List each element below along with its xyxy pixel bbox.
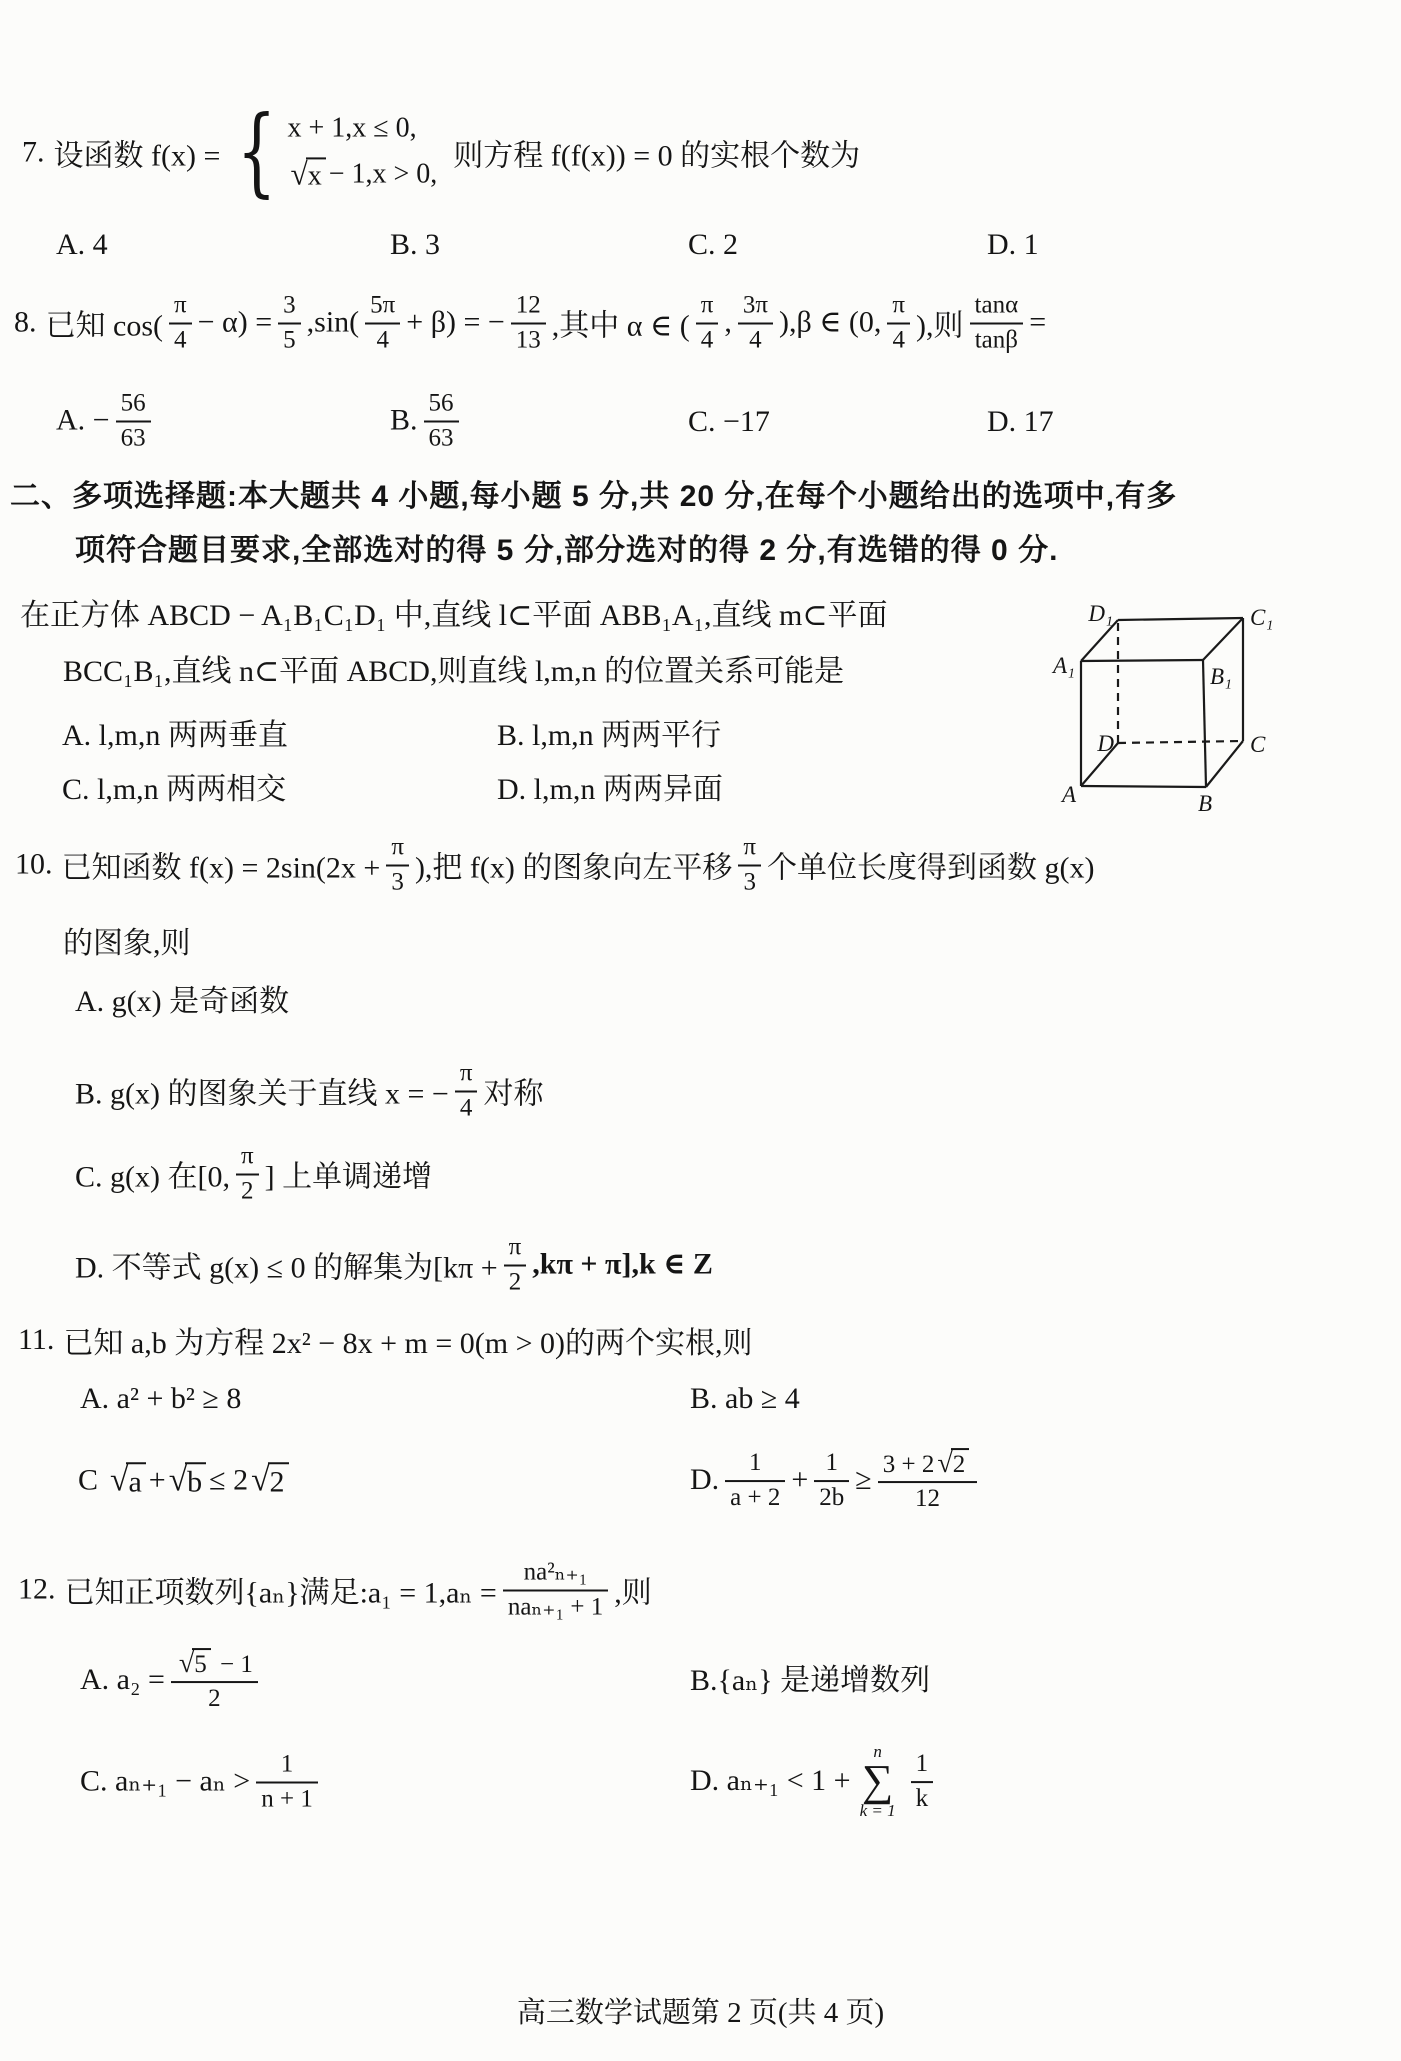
page-footer: 高三数学试题第 2 页(共 4 页) bbox=[0, 1990, 1401, 2031]
q8-option-a-label: A. − bbox=[56, 403, 110, 437]
fraction-56-63: 5663 bbox=[424, 389, 459, 452]
q11-option-d: D. 1a + 2 + 12b ≥ 3 + 2√2 12 bbox=[690, 1447, 983, 1513]
sqrt-a: √a bbox=[110, 1462, 146, 1498]
q7-option-a: A. 4 bbox=[56, 228, 108, 263]
fraction-5pi-4: 5π4 bbox=[365, 291, 400, 354]
cube-vertex-label-d1: D₁ bbox=[1087, 601, 1113, 626]
summation: n ∑ k = 1 bbox=[860, 1743, 896, 1819]
fraction-1-2b: 12b bbox=[814, 1448, 849, 1511]
cube-vertex-label-d: D bbox=[1096, 731, 1114, 756]
cube-figure: D₁ C₁ A₁ B₁ D C A B bbox=[1040, 585, 1300, 830]
q8-text-6: , bbox=[724, 305, 732, 339]
fraction-pi-3: π3 bbox=[386, 833, 409, 896]
q9-option-a: A. l,m,n 两两垂直 bbox=[62, 719, 288, 754]
q8-number: 8. bbox=[14, 305, 37, 339]
cube-edge-bb1 bbox=[1203, 660, 1206, 787]
q11-option-c-plus: + bbox=[149, 1463, 166, 1497]
fraction-3-5: 35 bbox=[278, 291, 301, 354]
fraction-12-13: 1213 bbox=[511, 291, 546, 354]
q10-option-c-text-1: C. g(x) 在[0, bbox=[75, 1151, 230, 1195]
question-9-line-2: BCC₁B₁,直线 n⊂平面 ABCD,则直线 l,m,n 的位置关系可能是 bbox=[63, 655, 844, 690]
q7-option-c: C. 2 bbox=[688, 228, 738, 263]
cube-edge-ab bbox=[1081, 786, 1206, 787]
fraction-1-k: 1k bbox=[911, 1749, 934, 1812]
q10-option-b-text-2: 对称 bbox=[483, 1068, 543, 1112]
q12-option-a: A. a₂ = √5 − 1 2 bbox=[80, 1647, 264, 1713]
sqrt-expression: √x bbox=[290, 158, 325, 191]
q12-option-d: D. aₙ₊₁ < 1 + n ∑ k = 1 1k bbox=[690, 1743, 939, 1819]
q11-line-1: 已知 a,b 为方程 2x² − 8x + m = 0(m > 0)的两个实根,… bbox=[63, 1318, 752, 1362]
q10-line-2: 的图象,则 bbox=[63, 927, 191, 962]
q8-option-b-label: B. bbox=[390, 403, 418, 437]
fraction-recurrence: na²ₙ₊₁naₙ₊₁ + 1 bbox=[503, 1558, 608, 1621]
sqrt-b: √b bbox=[169, 1462, 206, 1498]
fraction-1-a2: 1a + 2 bbox=[725, 1448, 785, 1511]
q10-option-b: B. g(x) 的图象关于直线 x = − π4 对称 bbox=[75, 1059, 543, 1122]
sigma-icon: ∑ bbox=[862, 1760, 893, 1802]
radicand: x bbox=[306, 158, 326, 191]
cube-vertex-label-b: B bbox=[1198, 791, 1212, 816]
q11-option-b: B. ab ≥ 4 bbox=[690, 1382, 800, 1417]
q10-option-d: D. 不等式 g(x) ≤ 0 的解集为[kπ + π2 ,kπ + π],k … bbox=[75, 1233, 713, 1296]
sqrt-2: √2 bbox=[251, 1462, 288, 1498]
q7-number: 7. bbox=[22, 135, 45, 169]
q11-option-d-geq: ≥ bbox=[855, 1463, 871, 1497]
q7-case-1: x + 1,x ≤ 0, bbox=[287, 113, 437, 145]
fraction-3pi-4: 3π4 bbox=[738, 291, 773, 354]
q9-option-b: B. l,m,n 两两平行 bbox=[497, 719, 721, 754]
cube-edge-c1d1 bbox=[1118, 618, 1243, 620]
left-brace: { bbox=[237, 106, 277, 197]
q7-piecewise-cases: x + 1,x ≤ 0, √x − 1,x > 0, bbox=[287, 113, 437, 191]
question-12-stem: 12. 已知正项数列{aₙ}满足:a₁ = 1,aₙ = na²ₙ₊₁naₙ₊₁… bbox=[18, 1558, 652, 1621]
q11-option-d-plus: + bbox=[791, 1463, 808, 1497]
fraction-56-63: 5663 bbox=[116, 389, 151, 452]
q11-option-c: C √a + √b ≤ 2 √2 bbox=[78, 1462, 292, 1498]
q8-text-5: ,其中 α ∈ ( bbox=[552, 300, 690, 344]
q7-option-d: D. 1 bbox=[987, 228, 1039, 263]
question-8-stem: 8. 已知 cos( π4 − α) = 35 ,sin( 5π4 + β) =… bbox=[14, 291, 1046, 354]
q12-text-2: ,则 bbox=[614, 1567, 652, 1611]
question-11-stem: 11. 已知 a,b 为方程 2x² − 8x + m = 0(m > 0)的两… bbox=[18, 1318, 753, 1362]
q10-option-b-text-1: B. g(x) 的图象关于直线 x = − bbox=[75, 1068, 449, 1112]
q10-option-a: A. g(x) 是奇函数 bbox=[75, 985, 289, 1020]
q8-text-2: − α) = bbox=[198, 305, 273, 339]
q8-option-b: B. 5663 bbox=[390, 389, 465, 452]
q7-case-2-rest: − 1,x > 0, bbox=[329, 158, 438, 190]
sqrt-2: √2 bbox=[937, 1448, 969, 1478]
cube-edge-dc-hidden bbox=[1118, 741, 1243, 743]
cube-vertex-label-a1: A₁ bbox=[1051, 653, 1075, 678]
q10-text-2: ),把 f(x) 的图象向左平移 bbox=[415, 842, 732, 886]
section-2-header-line-1: 二、多项选择题:本大题共 4 小题,每小题 5 分,共 20 分,在每个小题给出… bbox=[10, 480, 1177, 515]
q8-text-1: 已知 cos( bbox=[46, 300, 163, 344]
fraction-pi-4: π4 bbox=[696, 291, 719, 354]
question-9-line-1: 在正方体 ABCD − A₁B₁C₁D₁ 中,直线 l⊂平面 ABB₁A₁,直线… bbox=[20, 599, 888, 634]
q12-number: 12. bbox=[18, 1572, 56, 1606]
q7-option-b: B. 3 bbox=[390, 228, 440, 263]
sqrt-5: √5 bbox=[179, 1648, 211, 1678]
question-7-stem: 7. 设函数 f(x) = { x + 1,x ≤ 0, √x − 1,x > … bbox=[22, 106, 860, 197]
fraction-pi-4: π4 bbox=[455, 1059, 478, 1122]
cube-edge-bc bbox=[1206, 741, 1243, 787]
cube-vertex-label-a: A bbox=[1060, 782, 1077, 807]
q7-lead: 设函数 f(x) = bbox=[54, 130, 221, 174]
q12-option-c-text: C. aₙ₊₁ − aₙ > bbox=[80, 1764, 250, 1799]
q12-option-b: B.{aₙ} 是递增数列 bbox=[690, 1664, 930, 1699]
q8-text-8: ),则 bbox=[916, 300, 964, 344]
q8-text-4: + β) = − bbox=[406, 305, 505, 339]
q8-option-a: A. − 5663 bbox=[56, 389, 157, 452]
q8-text-7: ),β ∈ (0, bbox=[779, 305, 881, 340]
cube-vertex-label-c1: C₁ bbox=[1250, 605, 1273, 630]
q11-option-c-label: C bbox=[78, 1463, 98, 1497]
cube-vertex-label-c: C bbox=[1250, 732, 1266, 757]
fraction-pi-4: π4 bbox=[169, 291, 192, 354]
q12-option-a-text: A. a₂ = bbox=[80, 1663, 165, 1697]
q10-text-1: 已知函数 f(x) = 2sin(2x + bbox=[62, 842, 381, 886]
q7-case-2: √x − 1,x > 0, bbox=[287, 158, 437, 191]
fraction-pi-4: π4 bbox=[887, 291, 910, 354]
q11-option-d-label: D. bbox=[690, 1463, 719, 1497]
q10-option-c: C. g(x) 在[0, π2 ] 上单调递增 bbox=[75, 1142, 432, 1205]
fraction-pi-3: π3 bbox=[738, 833, 761, 896]
fraction-3plus2sqrt2-12: 3 + 2√2 12 bbox=[878, 1447, 977, 1513]
fraction-sqrt5minus1-2: √5 − 1 2 bbox=[171, 1647, 258, 1713]
q10-option-d-text-2: ,kπ + π],k ∈ Z bbox=[532, 1247, 713, 1282]
question-10-stem: 10. 已知函数 f(x) = 2sin(2x + π3 ),把 f(x) 的图… bbox=[15, 833, 1095, 896]
q8-option-c: C. −17 bbox=[688, 405, 770, 440]
q10-text-3: 个单位长度得到函数 g(x) bbox=[767, 842, 1094, 886]
q11-option-a: A. a² + b² ≥ 8 bbox=[80, 1382, 241, 1417]
q9-option-c: C. l,m,n 两两相交 bbox=[62, 773, 286, 808]
cube-edge-d1a1 bbox=[1081, 620, 1118, 661]
q9-option-d: D. l,m,n 两两异面 bbox=[497, 773, 723, 808]
q8-text-3: ,sin( bbox=[307, 305, 360, 339]
fraction-1-n1: 1n + 1 bbox=[256, 1750, 318, 1813]
q8-option-d: D. 17 bbox=[987, 405, 1054, 440]
q8-text-9: = bbox=[1029, 305, 1046, 339]
q11-option-c-leq: ≤ 2 bbox=[209, 1463, 248, 1497]
q10-number: 10. bbox=[15, 847, 53, 881]
q10-option-d-text-1: D. 不等式 g(x) ≤ 0 的解集为[kπ + bbox=[75, 1242, 498, 1286]
section-2-header-line-2: 项符合题目要求,全部选对的得 5 分,部分选对的得 2 分,有选错的得 0 分. bbox=[75, 534, 1058, 569]
fraction-tan: tanαtanβ bbox=[970, 291, 1024, 354]
cube-vertex-label-b1: B₁ bbox=[1210, 664, 1232, 689]
q10-option-c-text-2: ] 上单调递增 bbox=[265, 1151, 433, 1195]
q11-number: 11. bbox=[18, 1323, 54, 1357]
fraction-pi-2: π2 bbox=[236, 1142, 259, 1205]
exam-page: 7. 设函数 f(x) = { x + 1,x ≤ 0, √x − 1,x > … bbox=[0, 0, 1401, 2061]
cube-edge-a1b1 bbox=[1081, 660, 1203, 661]
q12-option-c: C. aₙ₊₁ − aₙ > 1n + 1 bbox=[80, 1750, 324, 1813]
cube-edge-b1c1 bbox=[1203, 618, 1243, 660]
fraction-pi-2: π2 bbox=[504, 1233, 527, 1296]
q7-tail: 则方程 f(f(x)) = 0 的实根个数为 bbox=[453, 130, 860, 174]
q12-text-1: 已知正项数列{aₙ}满足:a₁ = 1,aₙ = bbox=[65, 1567, 497, 1611]
q12-option-d-text: D. aₙ₊₁ < 1 + bbox=[690, 1763, 851, 1798]
summation-lower-limit: k = 1 bbox=[860, 1802, 896, 1819]
